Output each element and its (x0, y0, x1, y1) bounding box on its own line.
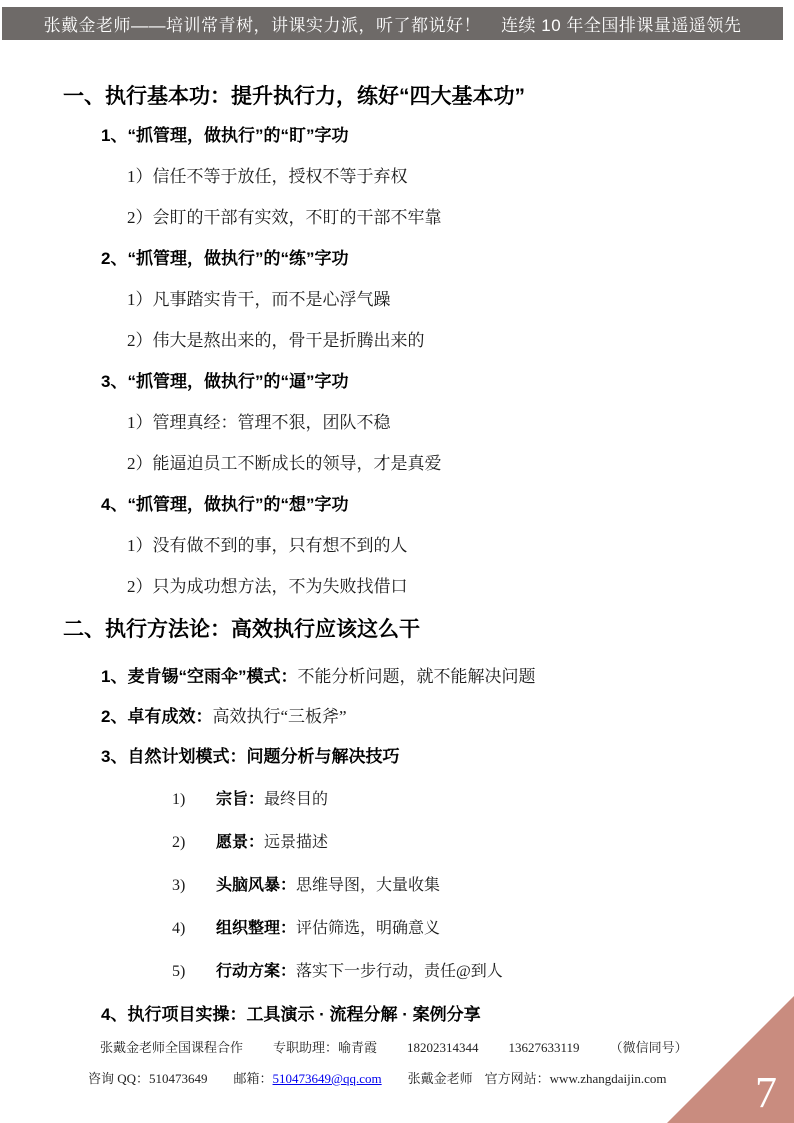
step-item: 1)宗旨：最终目的 (172, 790, 794, 810)
step-item: 2)愿景：远景描述 (172, 833, 794, 853)
outline-item-label: 1、麦肯锡“空雨伞”模式： (101, 667, 297, 686)
outline-subitem: 1）凡事踏实肯干，而不是心浮气躁 (127, 290, 794, 310)
outline-item-text: 不能分析问题，就不能解决问题 (297, 667, 535, 686)
outline-subitem: 1）管理真经：管理不狠，团队不稳 (127, 413, 794, 433)
outline-subitem: 2）会盯的干部有实效，不盯的干部不牢靠 (127, 208, 794, 228)
footer-line-1: 张戴金老师全国课程合作 专职助理：喻青霞 18202314344 1362763… (0, 1040, 794, 1056)
outline-item-text: 高效执行“三板斧” (212, 707, 346, 726)
header-banner: 张戴金老师——培训常青树，讲课实力派，听了都说好！ 连续 10 年全国排课量遥遥… (2, 7, 783, 40)
outline-subitem: 2）能逼迫员工不断成长的领导，才是真爱 (127, 454, 794, 474)
outline-item: 4、“抓管理，做执行”的“想”字功 (101, 495, 794, 515)
outline-item-label: 3、自然计划模式：问题分析与解决技巧 (101, 747, 399, 766)
outline-item-label: 4、执行项目实操：工具演示 · 流程分解 · 案例分享 (101, 1005, 481, 1024)
email-link[interactable]: 510473649@qq.com (273, 1071, 382, 1086)
outline-subitem: 2）伟大是熬出来的，骨干是折腾出来的 (127, 331, 794, 351)
step-label: 头脑风暴： (216, 877, 296, 894)
footer-assistant: 专职助理：喻青霞 (273, 1040, 377, 1056)
footer-line-2: 咨询 QQ：510473649 邮箱：510473649@qq.com 张戴金老… (0, 1071, 794, 1087)
header-slogan-left: 张戴金老师——培训常青树，讲课实力派，听了都说好！ (44, 11, 482, 36)
footer-email-wrap: 邮箱：510473649@qq.com (234, 1071, 382, 1087)
outline-item: 4、执行项目实操：工具演示 · 流程分解 · 案例分享 (101, 1005, 794, 1025)
step-label: 愿景： (216, 834, 264, 851)
header-slogan-right: 连续 10 年全国排课量遥遥领先 (501, 11, 741, 36)
outline-item: 3、自然计划模式：问题分析与解决技巧 (101, 747, 794, 767)
outline-subitem: 2）只为成功想方法，不为失败找借口 (127, 577, 794, 597)
outline-item: 2、“抓管理，做执行”的“练”字功 (101, 249, 794, 269)
step-item: 5)行动方案：落实下一步行动，责任@到人 (172, 962, 794, 982)
footer-site-wrap: 张戴金老师 官方网站：www.zhangdaijin.com (408, 1071, 667, 1087)
footer-wechat-note: （微信同号） (610, 1040, 688, 1056)
footer-cooperation: 张戴金老师全国课程合作 (100, 1040, 243, 1056)
outline-item-label: 2、卓有成效： (101, 707, 212, 726)
step-label: 组织整理： (216, 920, 296, 937)
footer-qq: 咨询 QQ：510473649 (88, 1071, 208, 1087)
section-title-1: 一、执行基本功：提升执行力，练好“四大基本功” (63, 85, 794, 109)
outline-item: 1、“抓管理，做执行”的“盯”字功 (101, 126, 794, 146)
outline-subitem: 1）没有做不到的事，只有想不到的人 (127, 536, 794, 556)
footer-phone-2: 13627633119 (509, 1040, 580, 1056)
step-number: 5) (172, 962, 216, 982)
step-text: 最终目的 (264, 791, 328, 808)
step-item: 4)组织整理：评估筛选，明确意义 (172, 919, 794, 939)
outline-subitem: 1）信任不等于放任，授权不等于弃权 (127, 167, 794, 187)
step-item: 3)头脑风暴：思维导图，大量收集 (172, 876, 794, 896)
outline-item: 1、麦肯锡“空雨伞”模式：不能分析问题，就不能解决问题 (101, 667, 794, 687)
step-number: 1) (172, 790, 216, 810)
footer-email-label: 邮箱： (234, 1071, 273, 1086)
document-page: 张戴金老师——培训常青树，讲课实力派，听了都说好！ 连续 10 年全国排课量遥遥… (0, 0, 794, 1123)
section-title-2: 二、执行方法论：高效执行应该这么干 (63, 618, 794, 642)
footer: 张戴金老师全国课程合作 专职助理：喻青霞 18202314344 1362763… (0, 1040, 794, 1087)
step-label: 行动方案： (216, 963, 296, 980)
footer-site-url: 官方网站：www.zhangdaijin.com (485, 1071, 667, 1087)
step-text: 落实下一步行动，责任@到人 (296, 963, 503, 980)
step-text: 思维导图，大量收集 (296, 877, 440, 894)
step-text: 评估筛选，明确意义 (296, 920, 440, 937)
step-number: 3) (172, 876, 216, 896)
outline-item: 2、卓有成效：高效执行“三板斧” (101, 707, 794, 727)
step-label: 宗旨： (216, 791, 264, 808)
step-number: 2) (172, 833, 216, 853)
step-number: 4) (172, 919, 216, 939)
footer-site-owner: 张戴金老师 (408, 1071, 473, 1087)
course-outline: 一、执行基本功：提升执行力，练好“四大基本功” 1、“抓管理，做执行”的“盯”字… (0, 85, 794, 1045)
footer-phone-1: 18202314344 (407, 1040, 479, 1056)
step-text: 远景描述 (264, 834, 328, 851)
page-number: 7 (755, 1071, 777, 1115)
outline-item: 3、“抓管理，做执行”的“逼”字功 (101, 372, 794, 392)
